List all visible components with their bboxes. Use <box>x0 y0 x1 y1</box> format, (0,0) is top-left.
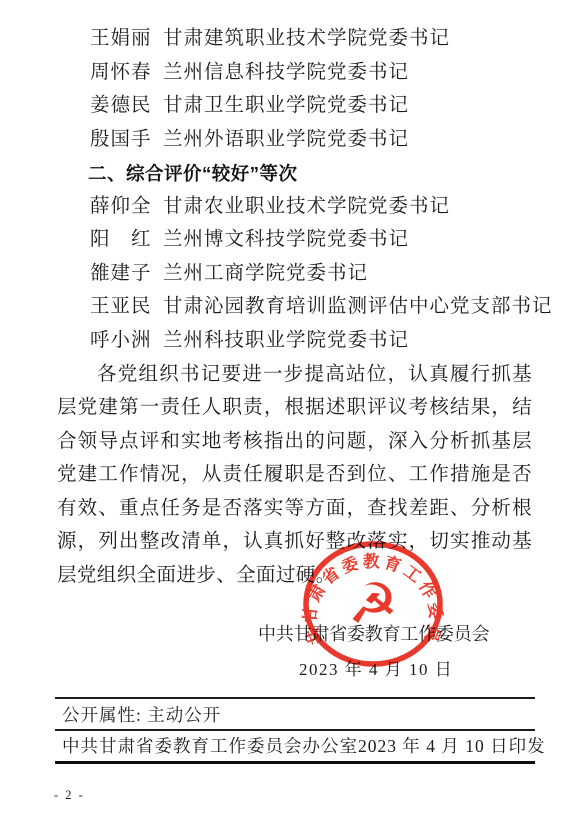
list-item: 雒建子 兰州工商学院党委书记 <box>57 257 532 291</box>
person-title: 甘肃卫生职业学院党委书记 <box>163 89 409 117</box>
document-page: 王娟丽 甘肃建筑职业技术学院党委书记 周怀春 兰州信息科技学院党委书记 姜德民 … <box>0 0 588 824</box>
person-title: 甘肃农业职业技术学院党委书记 <box>163 190 450 218</box>
official-seal: 中共甘肃省委教育工作委员会 ☭ <box>293 530 453 680</box>
person-title: 兰州工商学院党委书记 <box>163 257 368 285</box>
person-name: 周怀春 <box>90 56 153 84</box>
footer-print-date: 2023 年 4 月 10 日印发 <box>358 733 546 758</box>
person-title: 兰州博文科技学院党委书记 <box>163 223 409 251</box>
person-name: 薛仰全 <box>90 190 153 218</box>
person-name: 殷国手 <box>90 123 153 151</box>
list-item: 王娟丽 甘肃建筑职业技术学院党委书记 <box>57 22 532 56</box>
person-name: 王娟丽 <box>90 22 153 50</box>
footer-rule-bottom <box>55 761 535 764</box>
person-title: 甘肃建筑职业技术学院党委书记 <box>163 22 450 50</box>
footer-issuer: 中共甘肃省委教育工作委员会办公室 <box>62 733 358 758</box>
page-number: - 2 - <box>54 788 85 803</box>
section-heading: 二、综合评价“较好”等次 <box>57 156 532 190</box>
person-name: 姜德民 <box>90 89 153 117</box>
hammer-sickle-icon: ☭ <box>348 572 398 637</box>
list-item: 薛仰全 甘肃农业职业技术学院党委书记 <box>57 190 532 224</box>
list-item: 殷国手 兰州外语职业学院党委书记 <box>57 123 532 157</box>
list-item: 阳 红 兰州博文科技学院党委书记 <box>57 223 532 257</box>
person-title: 兰州信息科技学院党委书记 <box>163 56 409 84</box>
list-item: 姜德民 甘肃卫生职业学院党委书记 <box>57 89 532 123</box>
person-title: 甘肃沁园教育培训监测评估中心党支部书记 <box>163 290 553 318</box>
list-item: 呼小洲 兰州科技职业学院党委书记 <box>57 324 532 358</box>
person-name: 阳 红 <box>90 223 153 251</box>
person-name: 王亚民 <box>90 290 153 318</box>
document-footer: 公开属性: 主动公开 中共甘肃省委教育工作委员会办公室 2023 年 4 月 1… <box>55 697 535 764</box>
list-item: 周怀春 兰州信息科技学院党委书记 <box>57 56 532 90</box>
person-title: 兰州外语职业学院党委书记 <box>163 123 409 151</box>
person-title: 兰州科技职业学院党委书记 <box>163 324 409 352</box>
person-name: 呼小洲 <box>90 324 153 352</box>
list-item: 王亚民 甘肃沁园教育培训监测评估中心党支部书记 <box>57 290 532 324</box>
footer-attribute-line: 公开属性: 主动公开 <box>55 699 535 729</box>
person-name: 雒建子 <box>90 257 153 285</box>
